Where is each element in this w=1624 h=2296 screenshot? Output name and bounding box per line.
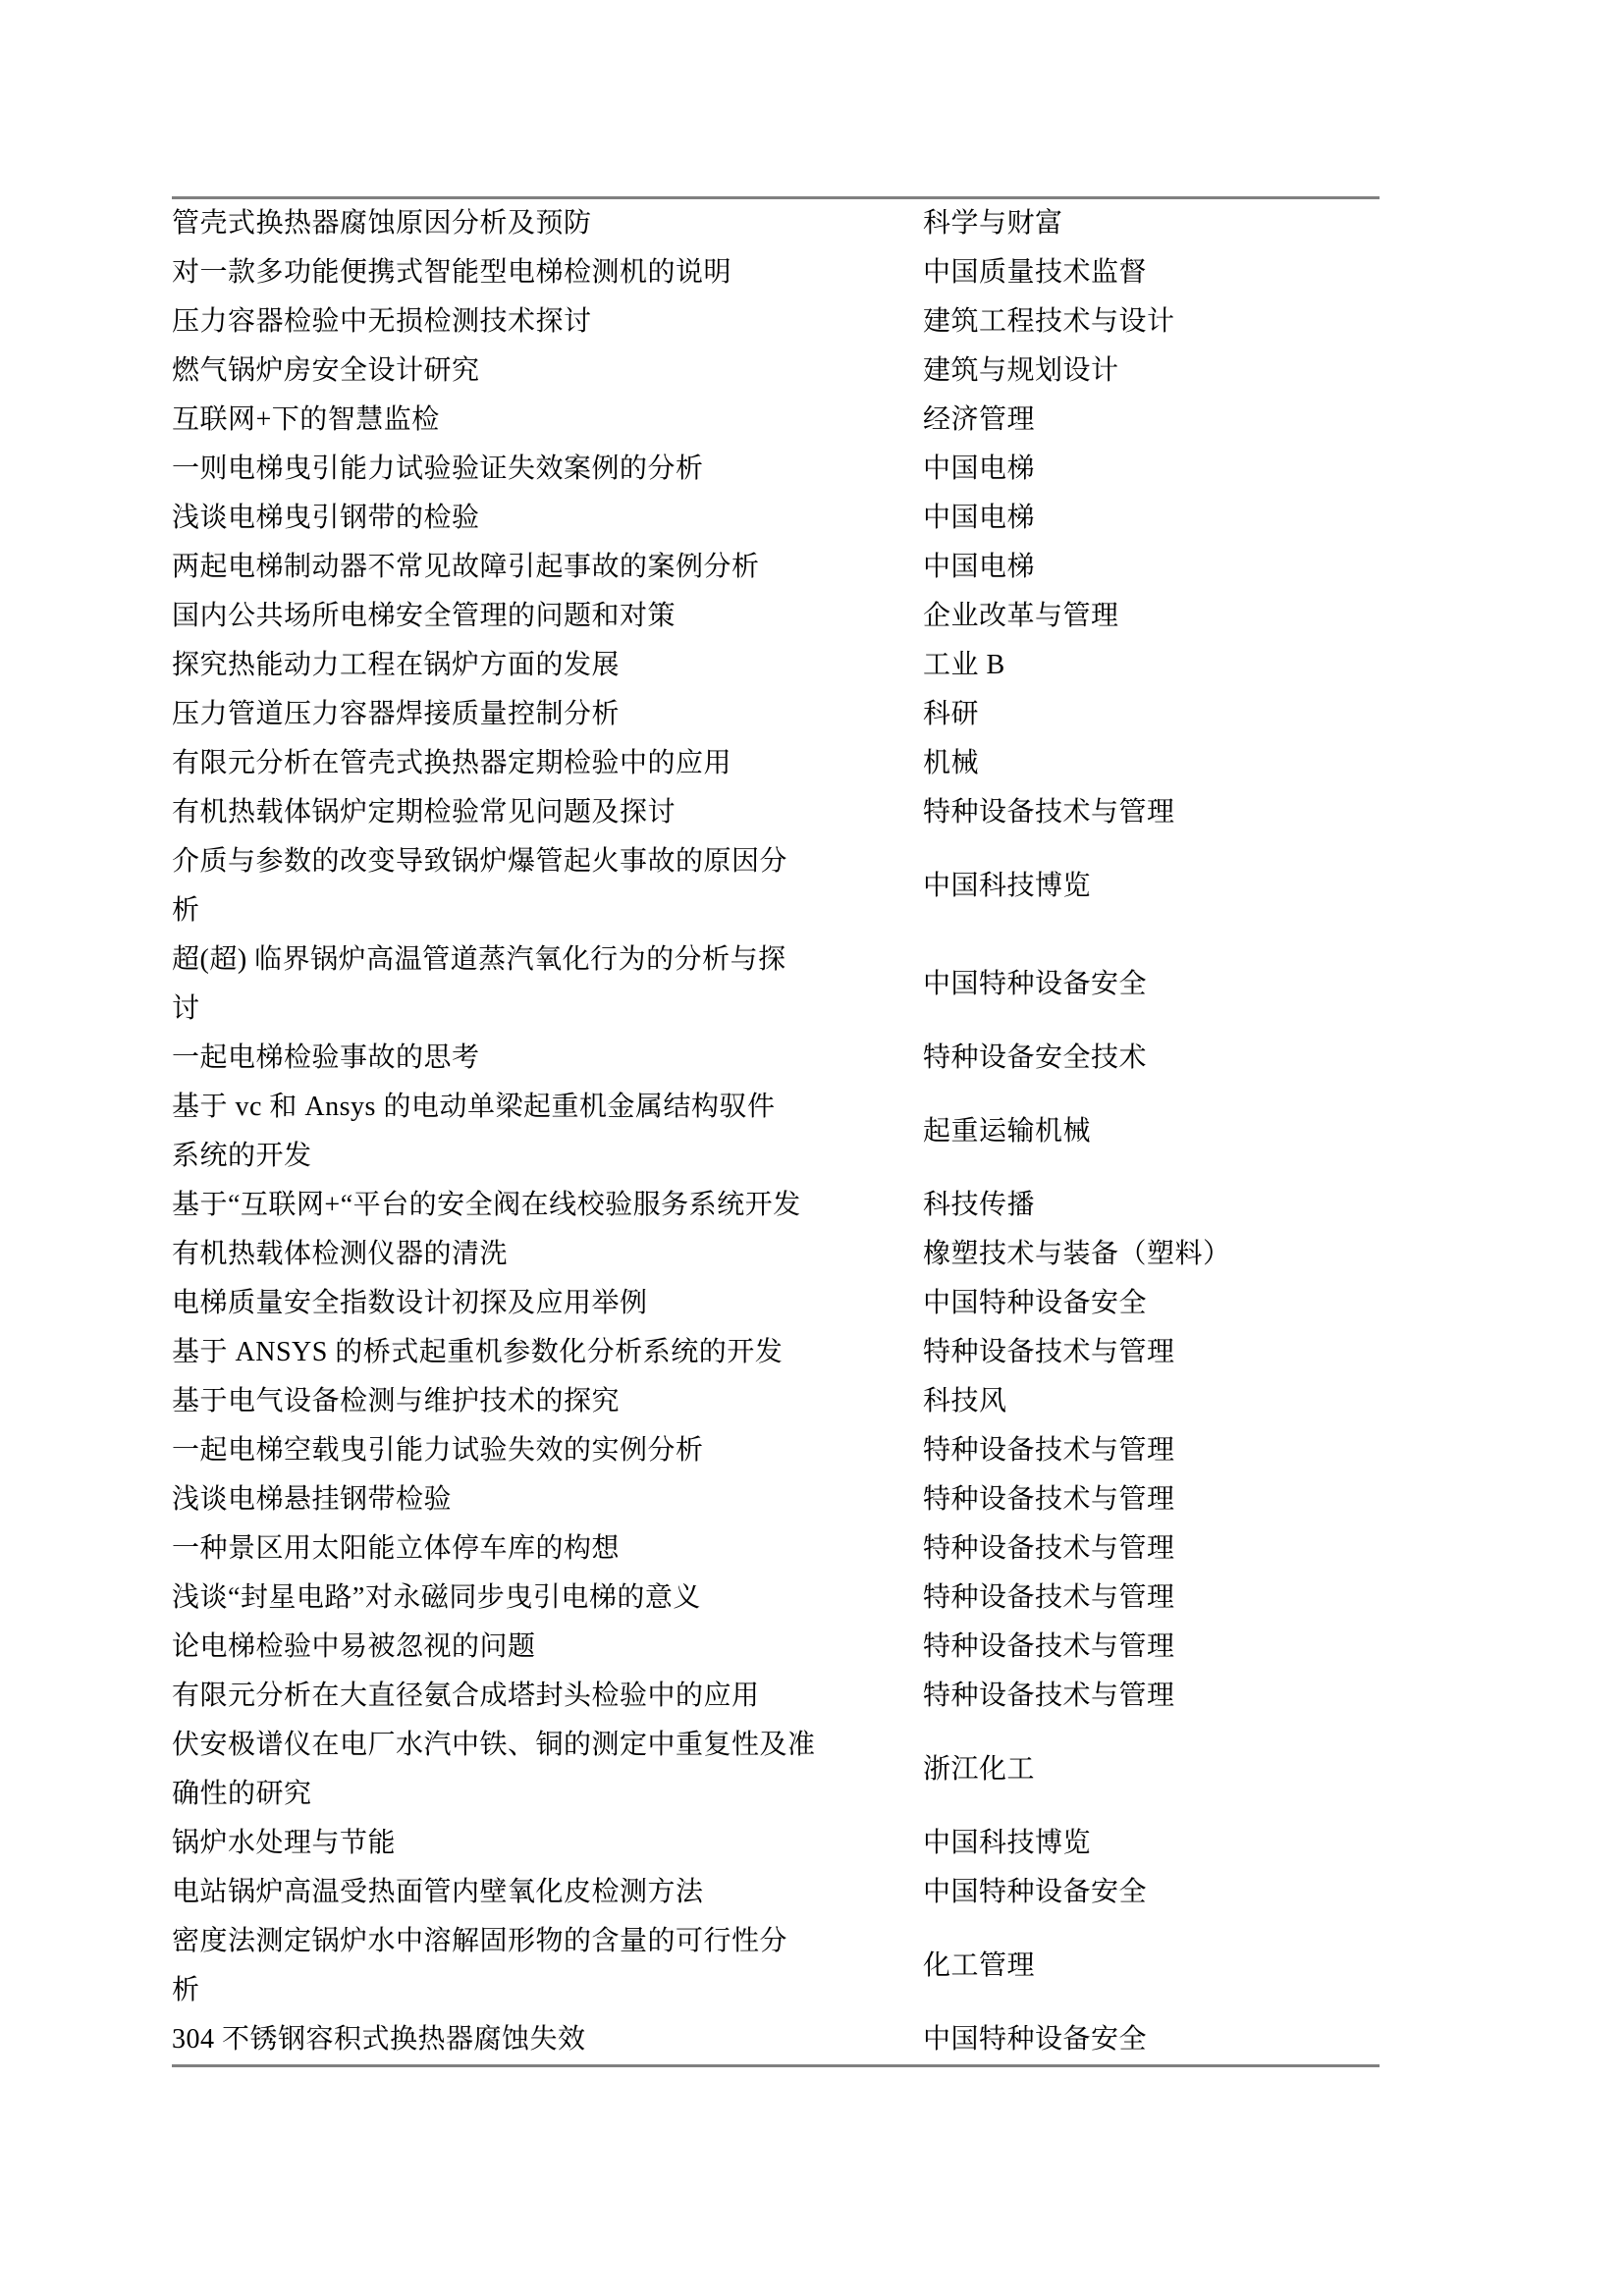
table-row: 国内公共场所电梯安全管理的问题和对策企业改革与管理 — [172, 592, 1380, 641]
table-row: 有限元分析在大直径氨合成塔封头检验中的应用特种设备技术与管理 — [172, 1672, 1380, 1721]
table-row: 超(超) 临界锅炉高温管道蒸汽氧化行为的分析与探 讨中国特种设备安全 — [172, 935, 1380, 1034]
journal-name: 中国科技博览 — [923, 837, 1380, 935]
table-row: 锅炉水处理与节能中国科技博览 — [172, 1819, 1380, 1868]
article-title: 密度法测定锅炉水中溶解固形物的含量的可行性分 析 — [172, 1917, 923, 2015]
table-row: 一则电梯曳引能力试验验证失效案例的分析中国电梯 — [172, 445, 1380, 494]
article-title: 一起电梯空载曳引能力试验失效的实例分析 — [172, 1426, 923, 1475]
article-title: 浅谈“封星电路”对永磁同步曳引电梯的意义 — [172, 1574, 923, 1623]
document-table: 管壳式换热器腐蚀原因分析及预防科学与财富对一款多功能便携式智能型电梯检测机的说明… — [172, 196, 1380, 2067]
article-title: 有机热载体锅炉定期检验常见问题及探讨 — [172, 788, 923, 837]
table-row: 管壳式换热器腐蚀原因分析及预防科学与财富 — [172, 198, 1380, 249]
table-row: 一种景区用太阳能立体停车库的构想特种设备技术与管理 — [172, 1524, 1380, 1574]
journal-name: 建筑工程技术与设计 — [923, 297, 1380, 347]
journal-name: 特种设备安全技术 — [923, 1034, 1380, 1083]
journal-name: 浙江化工 — [923, 1721, 1380, 1819]
article-title: 基于电气设备检测与维护技术的探究 — [172, 1377, 923, 1426]
journal-name: 企业改革与管理 — [923, 592, 1380, 641]
article-title: 有限元分析在管壳式换热器定期检验中的应用 — [172, 739, 923, 788]
journal-name: 特种设备技术与管理 — [923, 1574, 1380, 1623]
article-title: 压力管道压力容器焊接质量控制分析 — [172, 690, 923, 739]
article-title: 一则电梯曳引能力试验验证失效案例的分析 — [172, 445, 923, 494]
table-row: 浅谈电梯悬挂钢带检验特种设备技术与管理 — [172, 1475, 1380, 1524]
journal-name: 特种设备技术与管理 — [923, 1426, 1380, 1475]
article-title: 基于“互联网+“平台的安全阀在线校验服务系统开发 — [172, 1181, 923, 1230]
journal-name: 特种设备技术与管理 — [923, 1623, 1380, 1672]
table-row: 一起电梯检验事故的思考特种设备安全技术 — [172, 1034, 1380, 1083]
table-row: 两起电梯制动器不常见故障引起事故的案例分析中国电梯 — [172, 543, 1380, 592]
article-title: 燃气锅炉房安全设计研究 — [172, 347, 923, 396]
table-row: 基于电气设备检测与维护技术的探究科技风 — [172, 1377, 1380, 1426]
table-row: 论电梯检验中易被忽视的问题特种设备技术与管理 — [172, 1623, 1380, 1672]
table-row: 一起电梯空载曳引能力试验失效的实例分析特种设备技术与管理 — [172, 1426, 1380, 1475]
document-table-body: 管壳式换热器腐蚀原因分析及预防科学与财富对一款多功能便携式智能型电梯检测机的说明… — [172, 198, 1380, 2066]
journal-name: 科技传播 — [923, 1181, 1380, 1230]
article-title: 伏安极谱仪在电厂水汽中铁、铜的测定中重复性及准 确性的研究 — [172, 1721, 923, 1819]
journal-name: 工业 B — [923, 641, 1380, 690]
table-row: 有机热载体锅炉定期检验常见问题及探讨特种设备技术与管理 — [172, 788, 1380, 837]
article-title: 有限元分析在大直径氨合成塔封头检验中的应用 — [172, 1672, 923, 1721]
journal-name: 特种设备技术与管理 — [923, 1328, 1380, 1377]
table-row: 304 不锈钢容积式换热器腐蚀失效中国特种设备安全 — [172, 2015, 1380, 2066]
journal-name: 科研 — [923, 690, 1380, 739]
journal-name: 科学与财富 — [923, 198, 1380, 249]
table-row: 有限元分析在管壳式换热器定期检验中的应用机械 — [172, 739, 1380, 788]
page: 管壳式换热器腐蚀原因分析及预防科学与财富对一款多功能便携式智能型电梯检测机的说明… — [0, 0, 1624, 2296]
article-title: 国内公共场所电梯安全管理的问题和对策 — [172, 592, 923, 641]
journal-name: 中国电梯 — [923, 445, 1380, 494]
article-title: 对一款多功能便携式智能型电梯检测机的说明 — [172, 248, 923, 297]
table-row: 压力容器检验中无损检测技术探讨建筑工程技术与设计 — [172, 297, 1380, 347]
journal-name: 中国特种设备安全 — [923, 2015, 1380, 2066]
article-title: 介质与参数的改变导致锅炉爆管起火事故的原因分 析 — [172, 837, 923, 935]
article-title: 304 不锈钢容积式换热器腐蚀失效 — [172, 2015, 923, 2066]
journal-name: 中国特种设备安全 — [923, 1279, 1380, 1328]
article-title: 互联网+下的智慧监检 — [172, 396, 923, 445]
journal-name: 中国特种设备安全 — [923, 1868, 1380, 1917]
table-row: 浅谈“封星电路”对永磁同步曳引电梯的意义特种设备技术与管理 — [172, 1574, 1380, 1623]
article-title: 电梯质量安全指数设计初探及应用举例 — [172, 1279, 923, 1328]
table-row: 基于“互联网+“平台的安全阀在线校验服务系统开发科技传播 — [172, 1181, 1380, 1230]
table-row: 燃气锅炉房安全设计研究建筑与规划设计 — [172, 347, 1380, 396]
journal-name: 中国电梯 — [923, 494, 1380, 543]
table-row: 电站锅炉高温受热面管内壁氧化皮检测方法中国特种设备安全 — [172, 1868, 1380, 1917]
journal-name: 机械 — [923, 739, 1380, 788]
article-title: 浅谈电梯悬挂钢带检验 — [172, 1475, 923, 1524]
table-row: 介质与参数的改变导致锅炉爆管起火事故的原因分 析中国科技博览 — [172, 837, 1380, 935]
article-title: 锅炉水处理与节能 — [172, 1819, 923, 1868]
journal-name: 经济管理 — [923, 396, 1380, 445]
journal-name: 中国科技博览 — [923, 1819, 1380, 1868]
journal-name: 特种设备技术与管理 — [923, 1672, 1380, 1721]
article-title: 探究热能动力工程在锅炉方面的发展 — [172, 641, 923, 690]
table-row: 基于 vc 和 Ansys 的电动单梁起重机金属结构驭件 系统的开发起重运输机械 — [172, 1083, 1380, 1181]
journal-name: 科技风 — [923, 1377, 1380, 1426]
article-title: 电站锅炉高温受热面管内壁氧化皮检测方法 — [172, 1868, 923, 1917]
table-row: 探究热能动力工程在锅炉方面的发展工业 B — [172, 641, 1380, 690]
article-title: 管壳式换热器腐蚀原因分析及预防 — [172, 198, 923, 249]
article-title: 超(超) 临界锅炉高温管道蒸汽氧化行为的分析与探 讨 — [172, 935, 923, 1034]
journal-name: 起重运输机械 — [923, 1083, 1380, 1181]
journal-name: 建筑与规划设计 — [923, 347, 1380, 396]
article-title: 一种景区用太阳能立体停车库的构想 — [172, 1524, 923, 1574]
journal-name: 中国电梯 — [923, 543, 1380, 592]
article-title: 压力容器检验中无损检测技术探讨 — [172, 297, 923, 347]
table-row: 浅谈电梯曳引钢带的检验中国电梯 — [172, 494, 1380, 543]
article-title: 有机热载体检测仪器的清洗 — [172, 1230, 923, 1279]
article-title: 基于 vc 和 Ansys 的电动单梁起重机金属结构驭件 系统的开发 — [172, 1083, 923, 1181]
article-title: 一起电梯检验事故的思考 — [172, 1034, 923, 1083]
article-title: 两起电梯制动器不常见故障引起事故的案例分析 — [172, 543, 923, 592]
table-row: 有机热载体检测仪器的清洗橡塑技术与装备（塑料） — [172, 1230, 1380, 1279]
journal-name: 化工管理 — [923, 1917, 1380, 2015]
journal-name: 橡塑技术与装备（塑料） — [923, 1230, 1380, 1279]
journal-name: 特种设备技术与管理 — [923, 1524, 1380, 1574]
article-title: 论电梯检验中易被忽视的问题 — [172, 1623, 923, 1672]
table-row: 压力管道压力容器焊接质量控制分析科研 — [172, 690, 1380, 739]
journal-name: 中国特种设备安全 — [923, 935, 1380, 1034]
table-row: 互联网+下的智慧监检经济管理 — [172, 396, 1380, 445]
table-row: 对一款多功能便携式智能型电梯检测机的说明中国质量技术监督 — [172, 248, 1380, 297]
table-row: 电梯质量安全指数设计初探及应用举例中国特种设备安全 — [172, 1279, 1380, 1328]
table-row: 基于 ANSYS 的桥式起重机参数化分析系统的开发特种设备技术与管理 — [172, 1328, 1380, 1377]
journal-name: 特种设备技术与管理 — [923, 788, 1380, 837]
table-row: 密度法测定锅炉水中溶解固形物的含量的可行性分 析化工管理 — [172, 1917, 1380, 2015]
journal-name: 特种设备技术与管理 — [923, 1475, 1380, 1524]
journal-name: 中国质量技术监督 — [923, 248, 1380, 297]
article-title: 浅谈电梯曳引钢带的检验 — [172, 494, 923, 543]
table-row: 伏安极谱仪在电厂水汽中铁、铜的测定中重复性及准 确性的研究浙江化工 — [172, 1721, 1380, 1819]
article-title: 基于 ANSYS 的桥式起重机参数化分析系统的开发 — [172, 1328, 923, 1377]
